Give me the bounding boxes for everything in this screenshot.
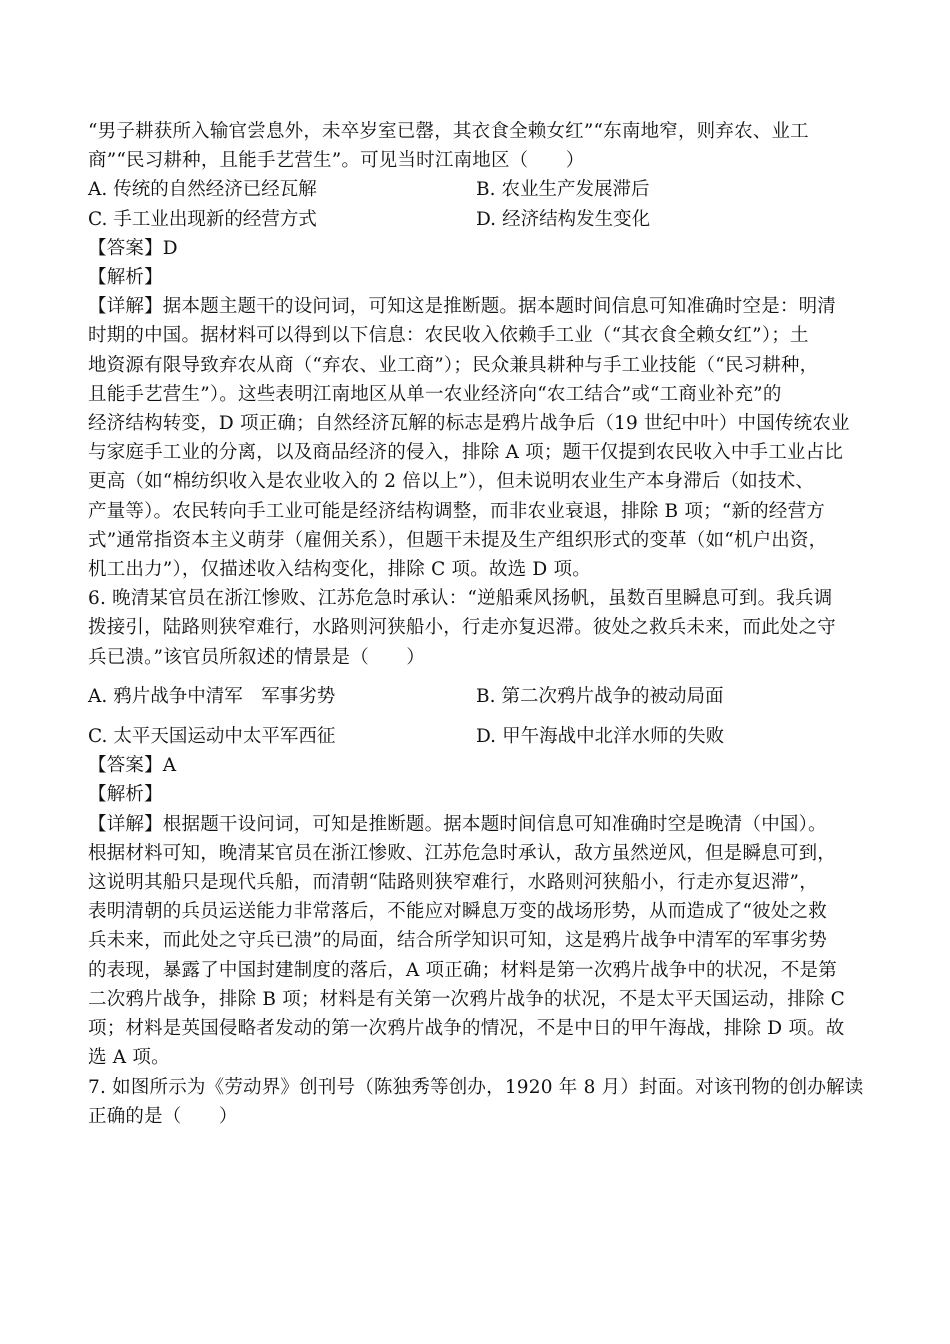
option-a: A.传统的自然经济已经瓦解: [88, 175, 476, 204]
detail-line: 与家庭手工业的分离，以及商品经济的侵入，排除 A 项；题干仅提到农民收入中手工业…: [88, 438, 866, 467]
detail-explanation: 【详解】根据题干设问词，可知是推断题。据本题时间信息可知准确时空是晚清（中国）。…: [88, 810, 866, 1073]
option-letter: B.: [476, 179, 495, 200]
analysis-label: 【解析】: [88, 263, 866, 292]
question-stem-line: 商”“民习耕种，且能手艺营生”。可见当时江南地区（ ）: [88, 146, 866, 175]
option-letter: A.: [88, 179, 107, 200]
detail-line: 根据材料可知，晚清某官员在浙江惨败、江苏危急时承认，敌方虽然逆风，但是瞬息可到，: [88, 839, 866, 868]
option-text: 农业生产发展滞后: [501, 179, 649, 200]
detail-line: 式”通常指资本主义萌芽（雇佣关系），但题干未提及生产组织形式的变革（如“机户出资…: [88, 526, 866, 555]
detail-line: 兵未来，而此处之守兵已溃”的局面，结合所学知识可知，这是鸦片战争中清军的军事劣势: [88, 926, 866, 955]
detail-explanation: 【详解】据本题主题干的设问词，可知这是推断题。据本题时间信息可知准确时空是：明清…: [88, 292, 866, 584]
detail-line: 表明清朝的兵员运送能力非常落后，不能应对瞬息万变的战场形势，从而造成了“彼处之救: [88, 897, 866, 926]
question-6: 6. 晚清某官员在浙江惨败、江苏危急时承认：“逆船乘风扬帆，虽数百里瞬息可到。我…: [88, 584, 866, 1072]
question-stem-line: 7. 如图所示为《劳动界》创刊号（陈独秀等创办，1920 年 8 月）封面。对该…: [88, 1073, 866, 1102]
options-grid: A.传统的自然经济已经瓦解 B.农业生产发展滞后 C.手工业出现新的经营方式 D…: [88, 175, 866, 233]
document-page: “男子耕获所入输官尝息外，未卒岁室已罄，其衣食全赖女红”“东南地窄，则弃农、业工…: [88, 117, 866, 1131]
detail-line: 产量等）。农民转向手工业可能是经济结构调整，而非农业衰退，排除 B 项；“新的经…: [88, 497, 866, 526]
option-text: 甲午海战中北洋水师的失败: [502, 726, 724, 747]
detail-line: 二次鸦片战争，排除 B 项；材料是有关第一次鸦片战争的状况，不是太平天国运动，排…: [88, 985, 866, 1014]
detail-line: 机工出力”），仅描述收入结构变化，排除 C 项。故选 D 项。: [88, 555, 866, 584]
question-5: “男子耕获所入输官尝息外，未卒岁室已罄，其衣食全赖女红”“东南地窄，则弃农、业工…: [88, 117, 866, 584]
option-text: 太平天国运动中太平军西征: [113, 726, 335, 747]
detail-line: 项；材料是英国侵略者发动的第一次鸦片战争的情况，不是中日的甲午海战，排除 D 项…: [88, 1014, 866, 1043]
option-letter: A.: [88, 686, 107, 707]
detail-line: 经济结构转变，D 项正确；自然经济瓦解的标志是鸦片战争后（19 世纪中叶）中国传…: [88, 409, 866, 438]
answer-label: 【答案】A: [88, 751, 866, 780]
detail-line: 选 A 项。: [88, 1043, 866, 1072]
option-text: 传统的自然经济已经瓦解: [113, 179, 317, 200]
question-7: 7. 如图所示为《劳动界》创刊号（陈独秀等创办，1920 年 8 月）封面。对该…: [88, 1073, 866, 1131]
detail-line: 更高（如“棉纺织收入是农业收入的 2 倍以上”），但未说明农业生产本身滞后（如技…: [88, 467, 866, 496]
question-stem-line: “男子耕获所入输官尝息外，未卒岁室已罄，其衣食全赖女红”“东南地窄，则弃农、业工: [88, 117, 866, 146]
option-letter: D.: [476, 209, 496, 230]
detail-line: 【详解】据本题主题干的设问词，可知这是推断题。据本题时间信息可知准确时空是：明清: [88, 292, 866, 321]
detail-line: 这说明其船只是现代兵船，而清朝“陆路则狭窄难行，水路则河狭船小，行走亦复迟滞”，: [88, 868, 866, 897]
detail-line: 时期的中国。据材料可以得到以下信息：农民收入依赖手工业（“其衣食全赖女红”）；土: [88, 321, 866, 350]
option-letter: C.: [88, 209, 107, 230]
detail-line: 且能手艺营生”）。这些表明江南地区从单一农业经济向“农工结合”或“工商业补充”的: [88, 380, 866, 409]
question-stem-line: 6. 晚清某官员在浙江惨败、江苏危急时承认：“逆船乘风扬帆，虽数百里瞬息可到。我…: [88, 584, 866, 613]
detail-line: 的表现，暴露了中国封建制度的落后，A 项正确；材料是第一次鸦片战争中的状况，不是…: [88, 956, 866, 985]
option-letter: C.: [88, 726, 107, 747]
options-grid: A.鸦片战争中清军 军事劣势 B.第二次鸦片战争的被动局面 C.太平天国运动中太…: [88, 682, 866, 751]
option-letter: D.: [476, 726, 496, 747]
option-text: 经济结构发生变化: [502, 209, 650, 230]
option-c: C.手工业出现新的经营方式: [88, 205, 476, 234]
option-b: B.第二次鸦片战争的被动局面: [476, 682, 866, 711]
option-d: D.甲午海战中北洋水师的失败: [476, 722, 866, 751]
option-letter: B.: [476, 686, 495, 707]
option-text: 鸦片战争中清军 军事劣势: [113, 686, 335, 707]
option-c: C.太平天国运动中太平军西征: [88, 722, 476, 751]
answer-label: 【答案】D: [88, 234, 866, 263]
question-stem-line: 拨接引，陆路则狭窄难行，水路则河狭船小，行走亦复迟滞。彼处之救兵未来，而此处之守: [88, 613, 866, 642]
detail-line: 【详解】根据题干设问词，可知是推断题。据本题时间信息可知准确时空是晚清（中国）。: [88, 810, 866, 839]
option-b: B.农业生产发展滞后: [476, 175, 866, 204]
option-text: 第二次鸦片战争的被动局面: [501, 686, 723, 707]
question-stem-line: 正确的是（ ）: [88, 1102, 866, 1131]
option-text: 手工业出现新的经营方式: [113, 209, 317, 230]
option-d: D.经济结构发生变化: [476, 205, 866, 234]
option-a: A.鸦片战争中清军 军事劣势: [88, 682, 476, 711]
analysis-label: 【解析】: [88, 780, 866, 809]
detail-line: 地资源有限导致弃农从商（“弃农、业工商”）；民众兼具耕种与手工业技能（“民习耕种…: [88, 351, 866, 380]
question-stem-line: 兵已溃。”该官员所叙述的情景是（ ）: [88, 643, 866, 672]
